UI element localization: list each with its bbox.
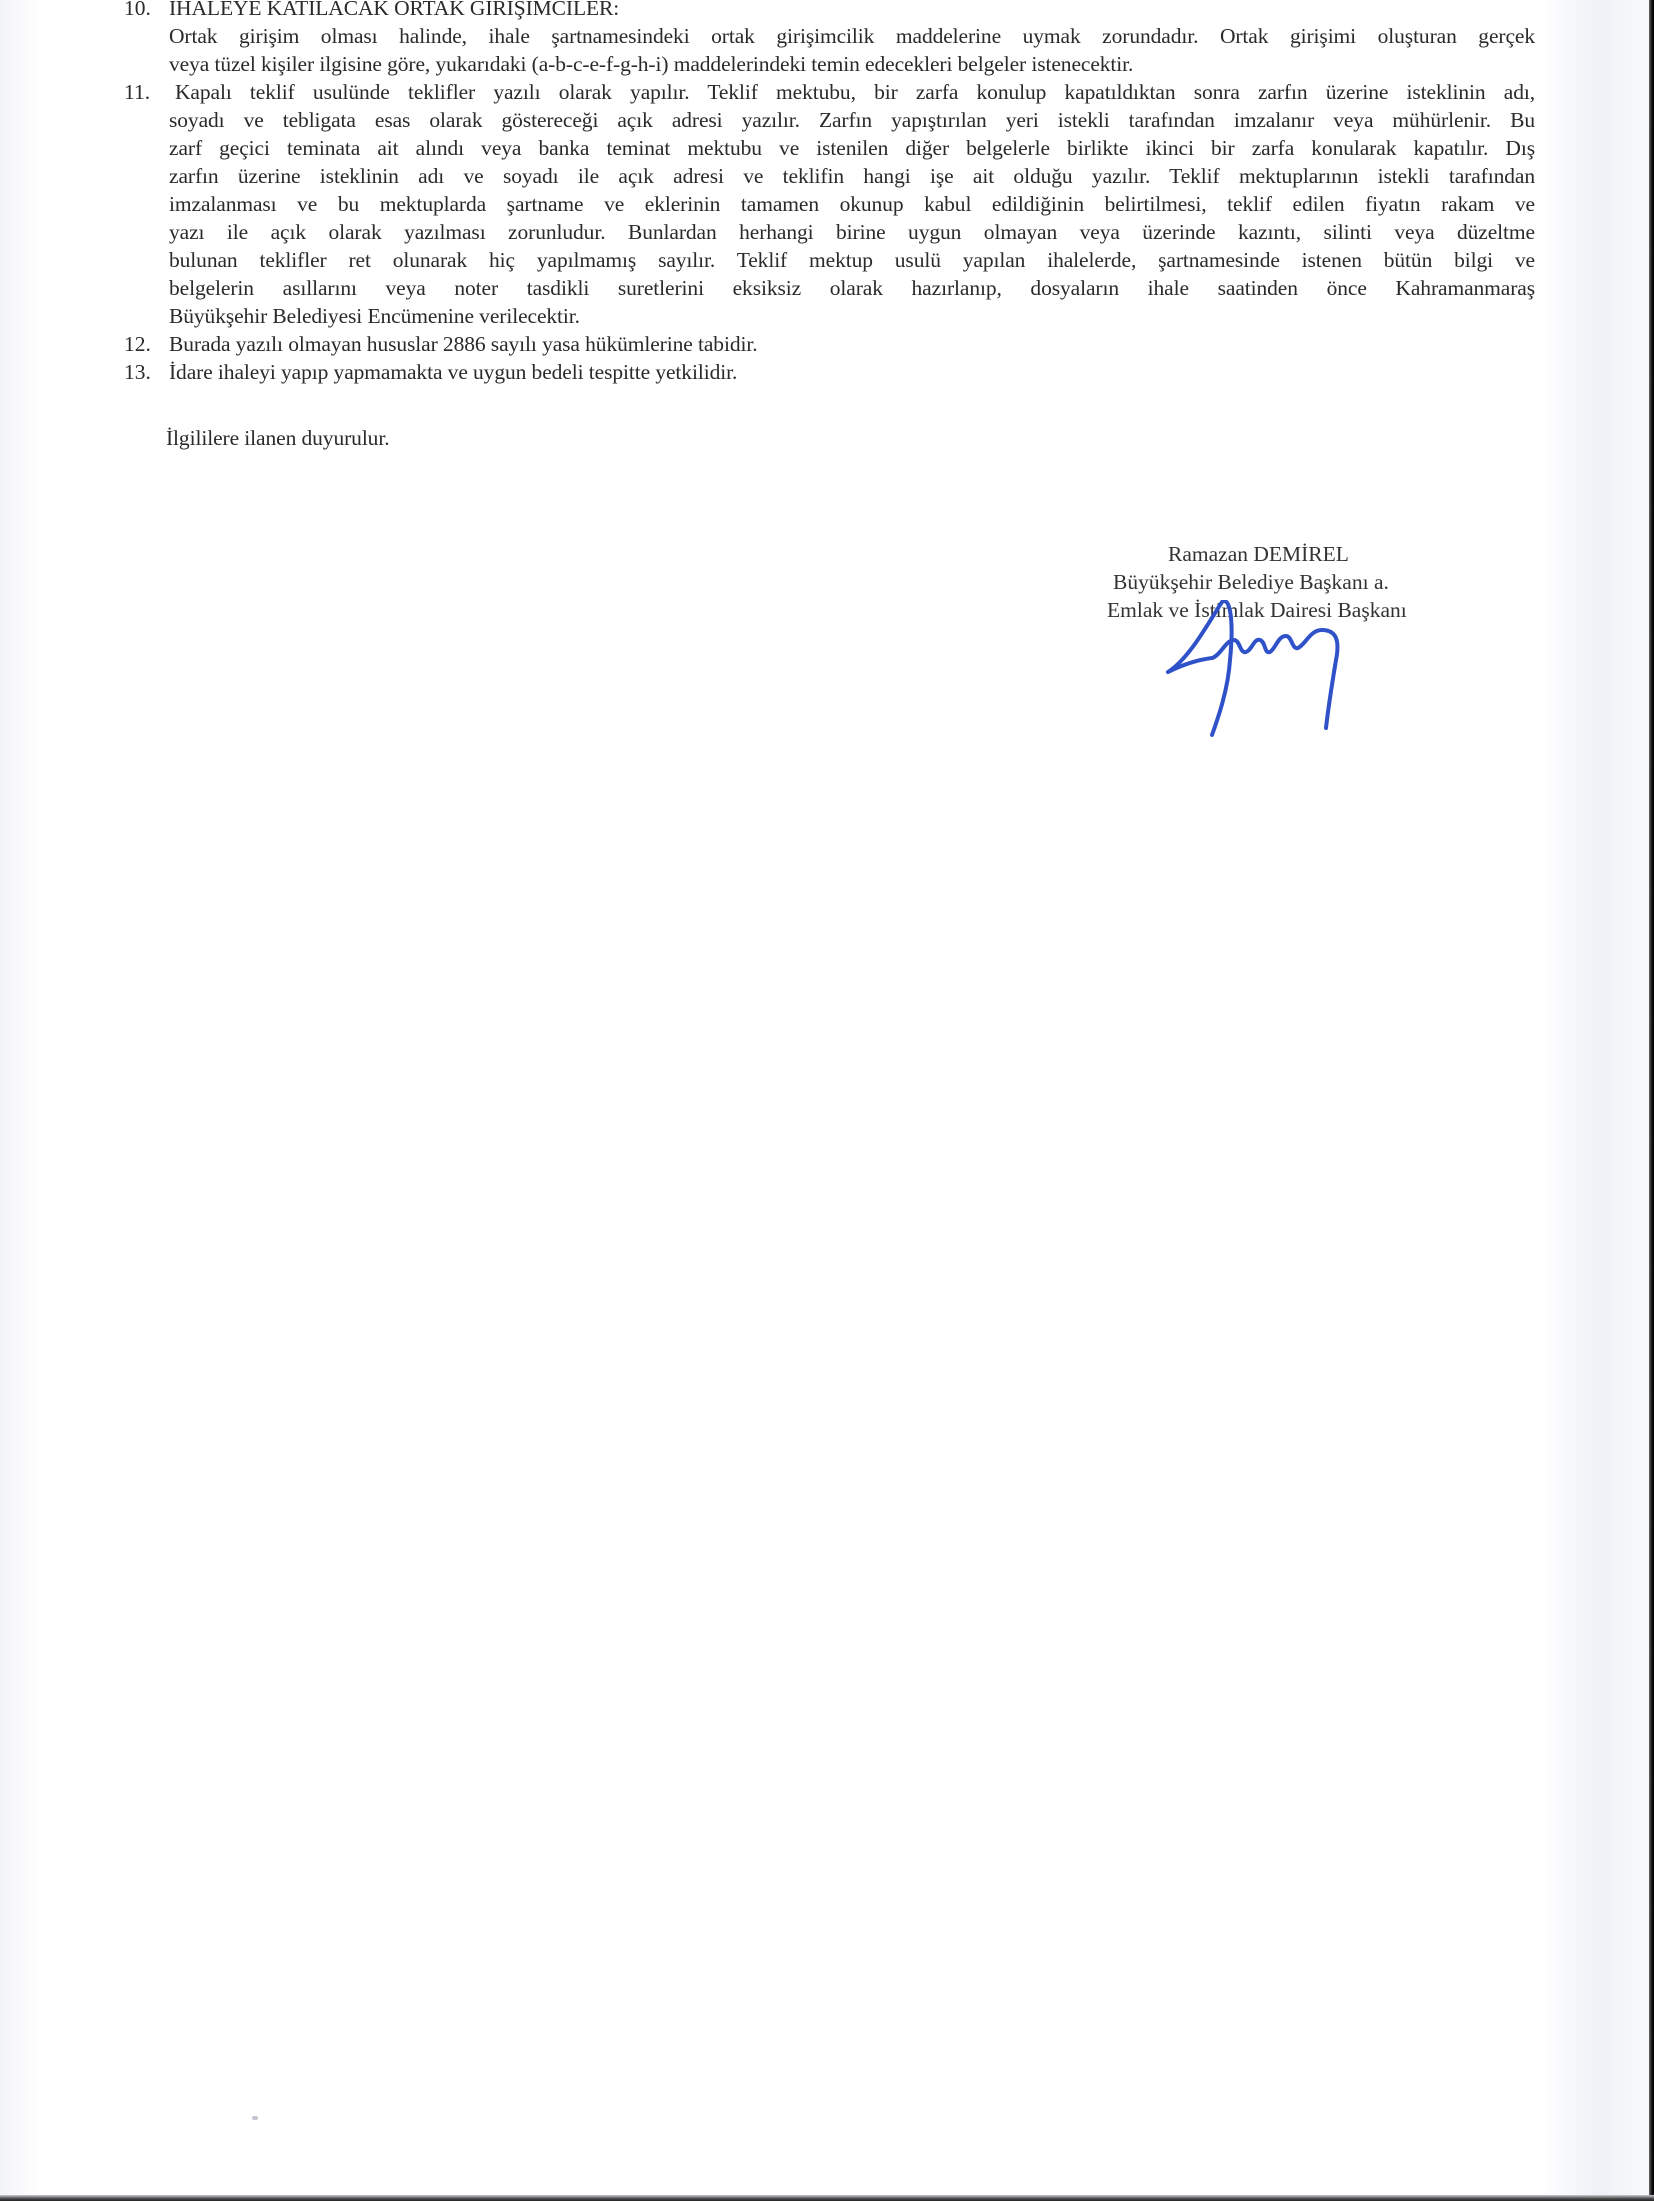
item-text-line: İdare ihaleyi yapıp yapmamakta ve uygun … <box>169 358 737 386</box>
signatory-name: Ramazan DEMİREL <box>1168 540 1349 568</box>
item-text-line: soyadı ve tebligata esas olarak gösterec… <box>169 106 1535 134</box>
item-number: 13. <box>124 358 151 386</box>
signatory-title: Büyükşehir Belediye Başkanı a. <box>1113 568 1389 596</box>
item-text-line: Büyükşehir Belediyesi Encümenine verilec… <box>169 302 580 330</box>
item-text-line: veya tüzel kişiler ilgisine göre, yukarı… <box>169 50 1133 78</box>
item-text-line: belgelerin asıllarını veya noter tasdikl… <box>169 274 1535 302</box>
item-text-line: Kapalı teklif usulünde teklifler yazılı … <box>175 78 1535 106</box>
item-number: 10. <box>124 0 151 22</box>
item-text-line: Burada yazılı olmayan hususlar 2886 sayı… <box>169 330 758 358</box>
item-text-line: Ortak girişim olması halinde, ihale şart… <box>169 22 1535 50</box>
item-heading: İHALEYE KATILACAK ORTAK GİRİŞİMCİLER: <box>169 0 619 22</box>
closing-statement: İlgililere ilanen duyurulur. <box>166 424 390 452</box>
scan-speck <box>252 2116 258 2120</box>
item-number: 11. <box>124 78 150 106</box>
scan-edge-right <box>1649 0 1654 2201</box>
item-text-line: bulunan teklifler ret olunarak hiç yapıl… <box>169 246 1535 274</box>
item-number: 12. <box>124 330 151 358</box>
scan-edge-bottom <box>0 2195 1654 2201</box>
item-text-line: yazı ile açık olarak yazılması zorunludu… <box>169 218 1535 246</box>
item-text-line: zarfın üzerine isteklinin adı ve soyadı … <box>169 162 1535 190</box>
item-text-line: zarf geçici teminata ait alındı veya ban… <box>169 134 1535 162</box>
handwritten-signature <box>1150 600 1360 740</box>
scanned-page: 10. İHALEYE KATILACAK ORTAK GİRİŞİMCİLER… <box>0 0 1654 2201</box>
item-text-line: imzalanması ve bu mektuplarda şartname v… <box>169 190 1535 218</box>
